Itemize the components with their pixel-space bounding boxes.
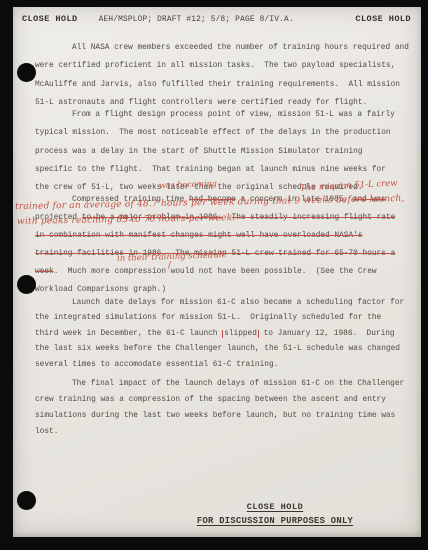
draft-info: AEH/MSPLOP; DRAFT #12; 5/8; PAGE 8/IV.A. [99, 16, 356, 24]
text-line: the integrated simulations for mission 5… [35, 311, 411, 327]
struck-text: week [35, 268, 54, 276]
punch-hole [17, 491, 36, 510]
text-line: in combination with manifest changes mig… [35, 227, 411, 245]
typed-text: projected [35, 214, 82, 222]
text-line: several times to accomodate essential 61… [35, 358, 411, 374]
text-line: lost. [35, 424, 411, 440]
punch-hole [17, 63, 36, 82]
text-line: The final impact of the launch delays of… [35, 376, 411, 392]
text-line: Launch date delays for mission 61-C also… [35, 296, 411, 312]
text-line: From a flight design process point of vi… [35, 106, 411, 124]
text-line: specific to the flight. That training be… [35, 161, 411, 179]
struck-text: to be a major problem in 1986. [82, 214, 222, 222]
document-photo-background: { "colors": { "background": "#0b0b0b", "… [0, 0, 428, 550]
struck-text: The steadily increasing flight rate [232, 214, 396, 222]
text-line: McAuliffe and Jarvis, also fulfilled the… [35, 76, 411, 94]
punch-hole [17, 275, 36, 294]
text-line: week. Much more compression would not ha… [35, 263, 411, 281]
paragraph-61c-delays: Launch date delays for mission 61-C also… [35, 296, 411, 374]
typed-text: a concern in late 1985, [236, 196, 353, 204]
close-hold-left: CLOSE HOLD [22, 14, 78, 24]
text-line: the last six weeks before the Challenger… [35, 342, 411, 358]
classification-header: CLOSE HOLD AEH/MSPLOP; DRAFT #12; 5/8; P… [22, 14, 411, 24]
text-line: simulations during the last two weeks be… [35, 408, 411, 424]
text-line: projected to be a major problem in 1986.… [35, 209, 411, 227]
struck-text: training facilities in 1986. The mission… [35, 250, 395, 258]
typed-text: to January 12, 1986. During [259, 330, 395, 338]
footer-classification: CLOSE HOLD FOR DISCUSSION PURPOSES ONLY [175, 502, 375, 526]
paragraph-crew-certified: All NASA crew members exceeded the numbe… [35, 39, 411, 112]
struck-text: had become [189, 196, 236, 204]
typed-text: Compressed training time [72, 196, 189, 204]
paragraph-flight-design: From a flight design process point of vi… [35, 106, 411, 197]
text-line: crew training was a compression of the s… [35, 392, 411, 408]
typed-text: third week in December, the 61-C launch [35, 330, 222, 338]
paragraph-compressed-training-edited: Compressed training time had become a co… [35, 191, 411, 299]
struck-text: and was [353, 196, 386, 204]
close-hold-right: CLOSE HOLD [355, 14, 411, 24]
paper-page: CLOSE HOLD AEH/MSPLOP; DRAFT #12; 5/8; P… [13, 7, 421, 537]
text-line: training facilities in 1986. The mission… [35, 245, 411, 263]
red-bracket-marked-word: slipped [222, 330, 259, 338]
text-line: third week in December, the 61-C launch … [35, 327, 411, 343]
text-line: process was a delay in the start of Shut… [35, 143, 411, 161]
footer-close-hold: CLOSE HOLD [175, 502, 375, 512]
text-line: All NASA crew members exceeded the numbe… [35, 39, 411, 57]
text-line: Compressed training time had become a co… [35, 191, 411, 209]
paragraph-final-impact: The final impact of the launch delays of… [35, 376, 411, 440]
body-text: All NASA crew members exceeded the numbe… [35, 39, 411, 440]
text-line: typical mission. The most noticeable eff… [35, 124, 411, 142]
struck-text: in combination with manifest changes mig… [35, 232, 363, 240]
footer-discussion-only: FOR DISCUSSION PURPOSES ONLY [175, 516, 375, 526]
typed-text: . Much more compression would not have b… [54, 268, 377, 276]
typed-text [222, 214, 231, 222]
text-line: were certified proficient in all mission… [35, 57, 411, 75]
